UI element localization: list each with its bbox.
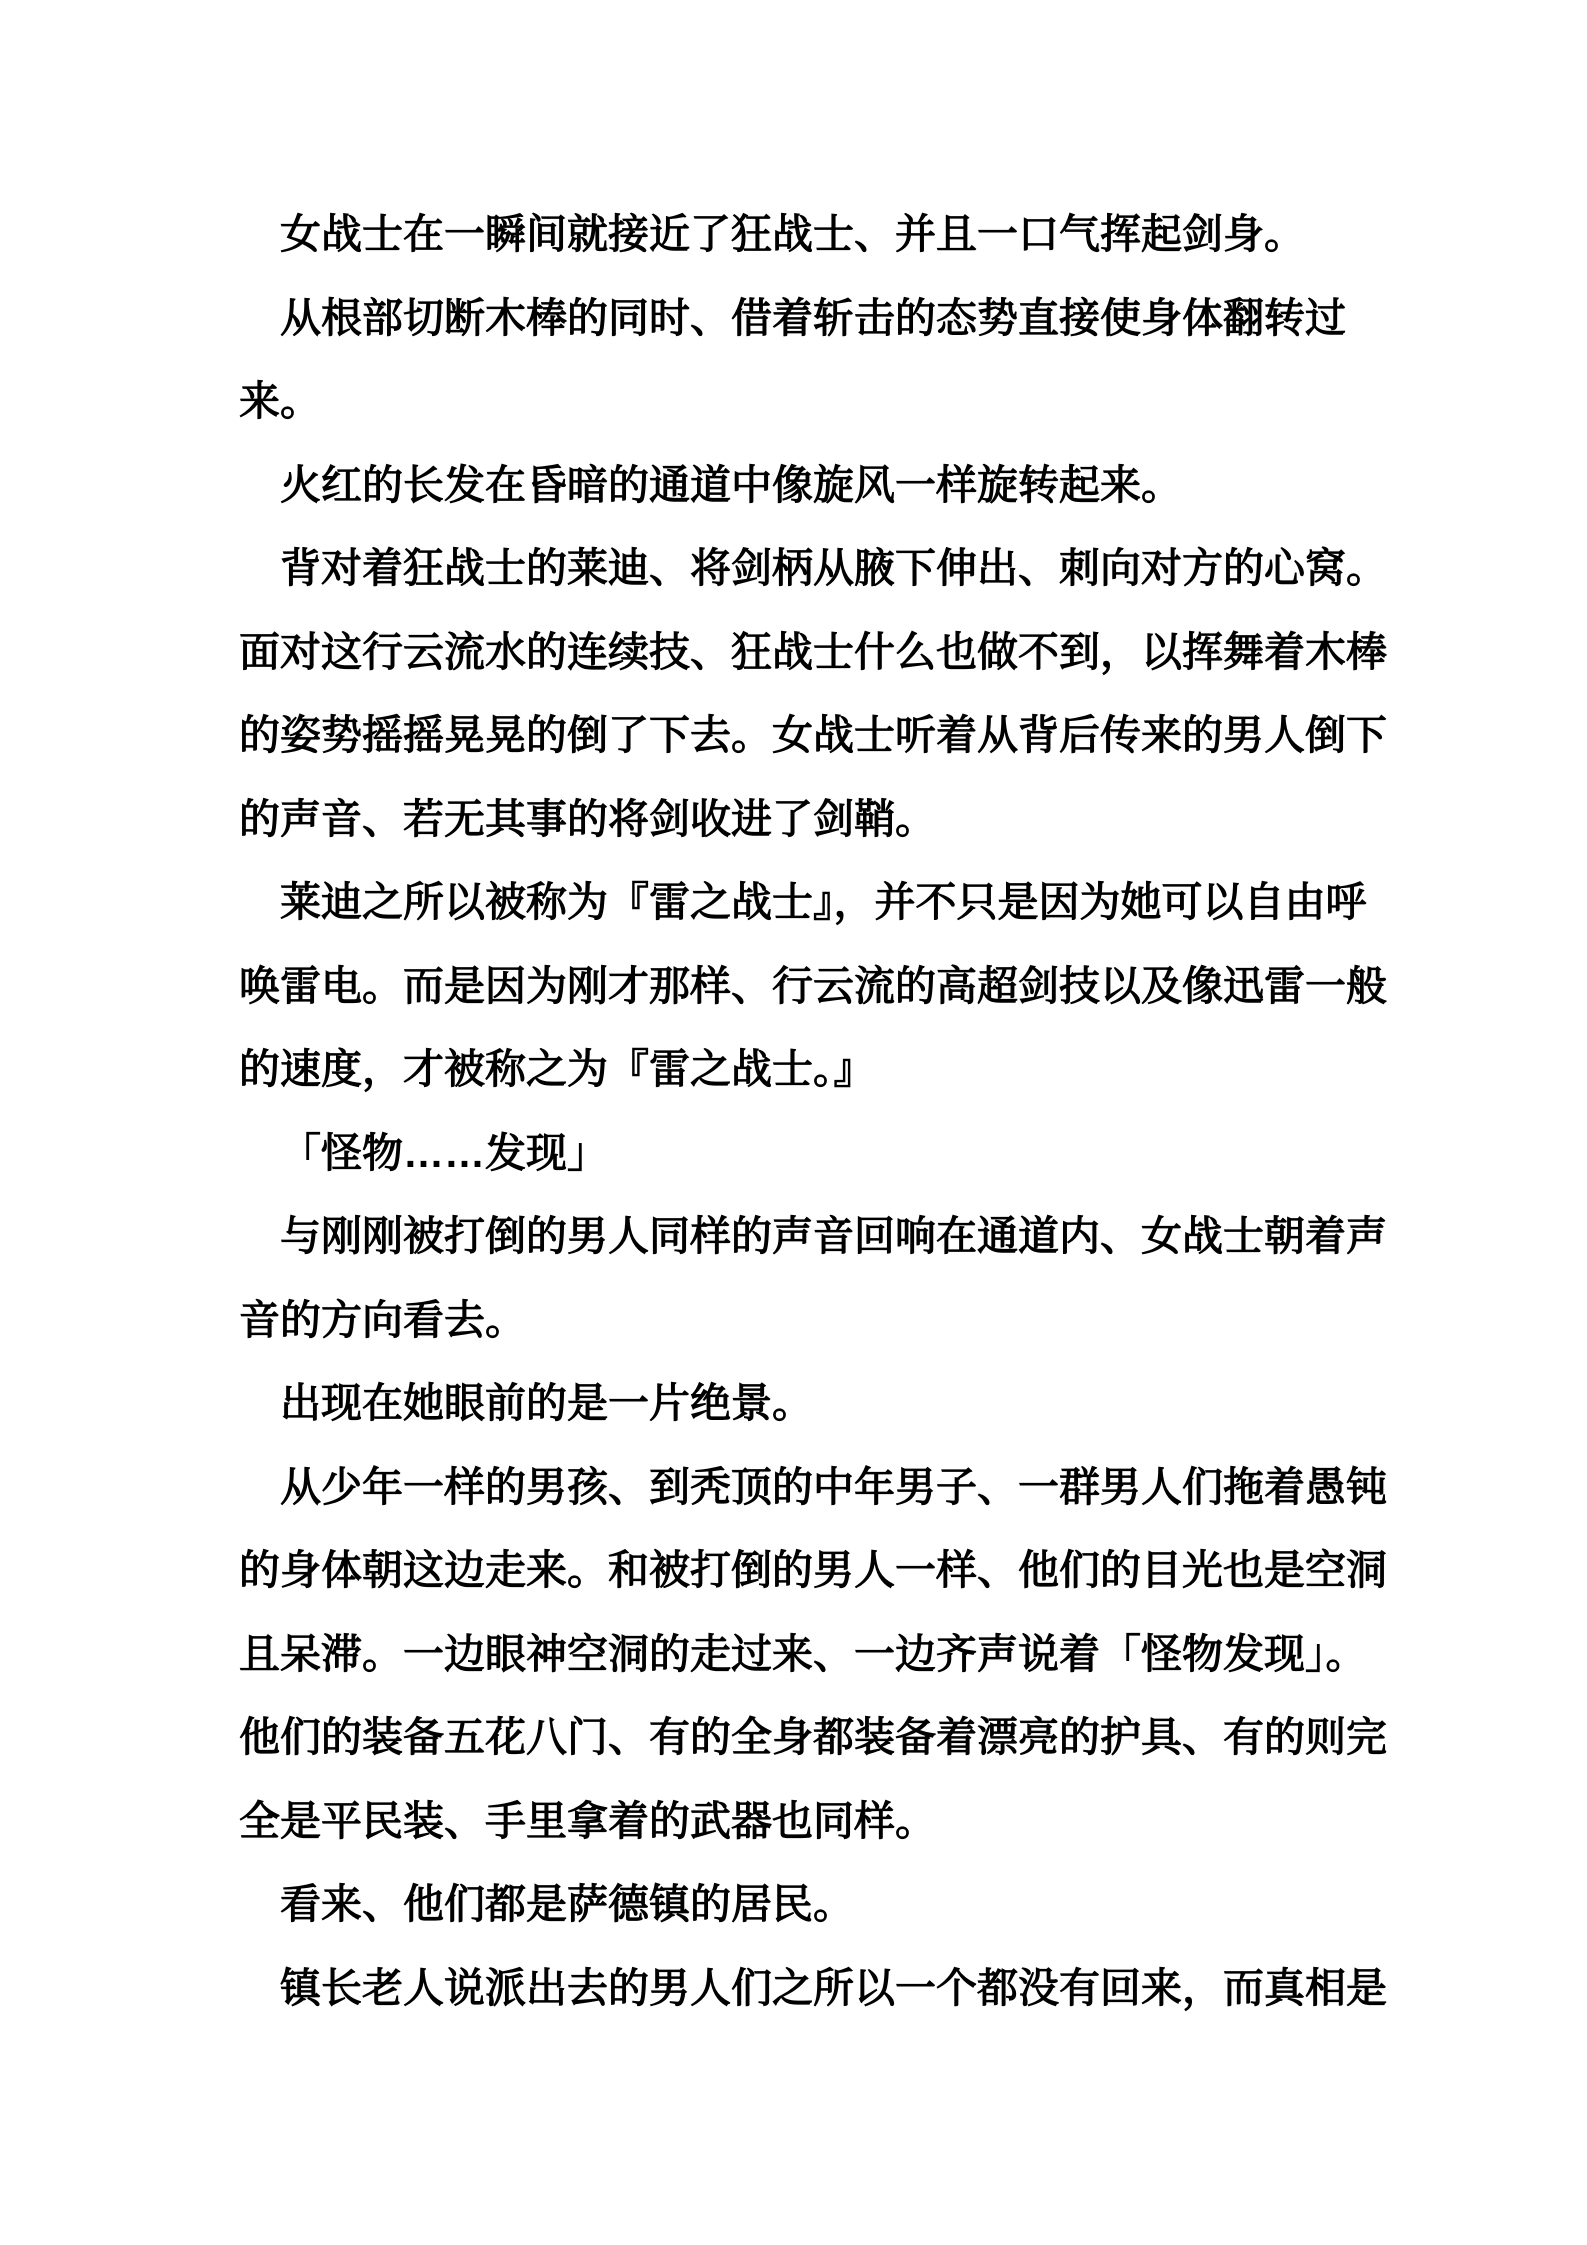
text-line: 从少年一样的男孩、到秃顶的中年男子、一群男人们拖着愚钝: [239, 1446, 1359, 1530]
text-line: 的速度，才被称之为『雷之战士。』: [239, 1028, 1359, 1112]
text-column: 女战士在一瞬间就接近了狂战士、并且一口气挥起剑身。从根部切断木棒的同时、借着斩击…: [239, 193, 1359, 2030]
text-line: 唤雷电。而是因为刚才那样、行云流的高超剑技以及像迅雷一般: [239, 945, 1359, 1029]
text-line: 镇长老人说派出去的男人们之所以一个都没有回来，而真相是: [239, 1947, 1359, 2031]
text-line: 火红的长发在昏暗的通道中像旋风一样旋转起来。: [239, 444, 1359, 528]
text-line: 面对这行云流水的连续技、狂战士什么也做不到，以挥舞着木棒: [239, 611, 1359, 695]
text-line: 且呆滞。一边眼神空洞的走过来、一边齐声说着「怪物发现」。: [239, 1613, 1359, 1697]
text-line: 的姿势摇摇晃晃的倒了下去。女战士听着从背后传来的男人倒下: [239, 694, 1359, 778]
text-line: 与刚刚被打倒的男人同样的声音回响在通道内、女战士朝着声: [239, 1195, 1359, 1279]
text-line: 全是平民装、手里拿着的武器也同样。: [239, 1780, 1359, 1864]
text-line: 的声音、若无其事的将剑收进了剑鞘。: [239, 778, 1359, 862]
text-line: 来。: [239, 360, 1359, 444]
text-line: 女战士在一瞬间就接近了狂战士、并且一口气挥起剑身。: [239, 193, 1359, 277]
text-line: 莱迪之所以被称为『雷之战士』，并不只是因为她可以自由呼: [239, 861, 1359, 945]
text-line: 他们的装备五花八门、有的全身都装备着漂亮的护具、有的则完: [239, 1696, 1359, 1780]
text-line: 从根部切断木棒的同时、借着斩击的态势直接使身体翻转过: [239, 277, 1359, 361]
text-line: 出现在她眼前的是一片绝景。: [239, 1362, 1359, 1446]
novel-page: 女战士在一瞬间就接近了狂战士、并且一口气挥起剑身。从根部切断木棒的同时、借着斩击…: [0, 0, 1587, 2245]
text-line: 背对着狂战士的莱迪、将剑柄从腋下伸出、刺向对方的心窝。: [239, 527, 1359, 611]
text-line: 音的方向看去。: [239, 1279, 1359, 1363]
text-line: 看来、他们都是萨德镇的居民。: [239, 1863, 1359, 1947]
text-line: 「怪物……发现」: [239, 1112, 1359, 1196]
text-line: 的身体朝这边走来。和被打倒的男人一样、他们的目光也是空洞: [239, 1529, 1359, 1613]
